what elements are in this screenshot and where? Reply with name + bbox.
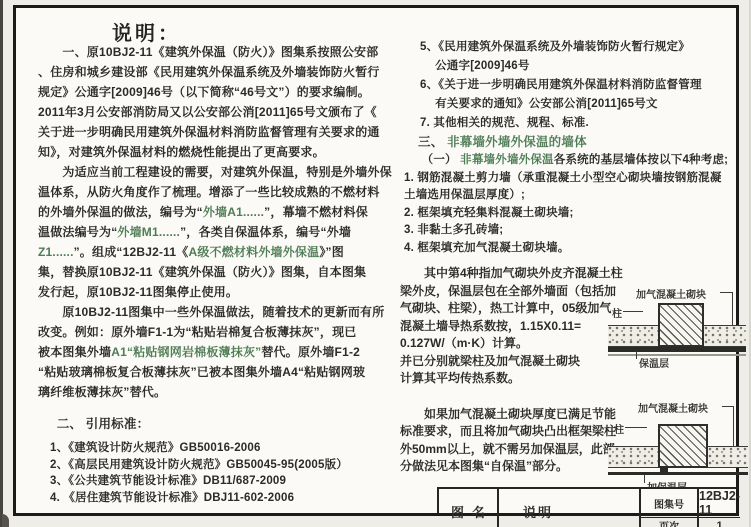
page-frame: 说明： 一、原10BJ2-11《建筑外保温（防火）》图集系按照公安部、住房和城乡… xyxy=(13,5,739,516)
leader-line xyxy=(636,351,637,359)
paragraph-replacements: 原10BJ2-11图集中一些外保温做法，随着技术的更新而有所改变。例如：原外墙F… xyxy=(38,302,390,402)
text-line: 4. 框架填充加气混凝土砌块墙。 xyxy=(404,240,746,258)
text-segment: 6、《关于进一步明确民用建筑外保温材料消防监督管理 xyxy=(420,79,702,91)
hatched-column xyxy=(658,303,704,347)
references-list-continued: 5、《民用建筑外保温系统及外墙装饰防火暂行规定》 公通字[2009]46号6、《… xyxy=(400,38,746,133)
wall-types-list: （一） 非幕墙外墙外保温各系统的基层墙体按以下4种考虑;1. 钢筋混凝土剪力墙（… xyxy=(400,152,746,257)
text-line: 混凝土墙导热系数按，1.15X0.11= xyxy=(400,318,628,336)
leader-line xyxy=(644,475,645,483)
text-segment: 混凝土墙导热系数按，1.15X0.11= xyxy=(400,319,581,333)
text-line: 2. 框架填充轻集料混凝土砌块墙; xyxy=(404,205,746,223)
text-line: 公通字[2009]46号 xyxy=(420,57,746,76)
text-segment: 并已分别就梁柱及加气混凝土砌块 xyxy=(400,354,580,368)
text-line: 温做法编号为“外墙M1......”，各类自保温体系，编号“外墙 xyxy=(38,222,390,242)
text-line: 璃纤维板薄抹灰”替代。 xyxy=(38,382,390,402)
page-curl-artifact xyxy=(2,514,9,527)
text-line: 、住房和城乡建设部《民用建筑外保温系统及外墙装饰防火暂行 xyxy=(38,62,390,82)
text-line: 标准要求，而且将加气砌块凸出框架梁柱 xyxy=(400,423,632,441)
text-line: 0.127W/（m·K）计算。 xyxy=(400,335,628,353)
atlas-number-value: 12BJ2-11 xyxy=(697,489,740,518)
text-line: 2、《高层民用建筑设计防火规范》GB50045-95(2005版） xyxy=(50,457,390,474)
text-line: 二、 引用标准： xyxy=(44,414,390,434)
left-column: 一、原10BJ2-11《建筑外保温（防火）》图集系按照公安部、住房和城乡建设部《… xyxy=(38,42,390,506)
page-number-value: 1 xyxy=(697,518,740,527)
text-segment: 计算其平均传热系数。 xyxy=(400,371,520,385)
text-line: 1、《建筑设计防火规范》GB50016-2006 xyxy=(50,440,390,457)
text-segment: 公通字[2009]46号 xyxy=(420,60,530,72)
text-line: 知》，对建筑外保温材料的燃烧性能提出了更高要求。 xyxy=(38,142,390,162)
text-segment: 0.127W/（m·K）计算。 xyxy=(400,336,528,350)
text-segment: 改变。例如：原外墙F1-1为“粘贴岩棉复合板薄抹灰”，现已 xyxy=(38,325,356,339)
highlighted-text: 非幕墙外墙外保温的墙体 xyxy=(447,135,587,149)
paragraph-self-insulation: 如果加气混凝土砌块厚度已满足节能标准要求，而且将加气砌块凸出框架梁柱外50mm以… xyxy=(400,406,632,476)
text-line: 分做法见本图集“自保温”部分。 xyxy=(400,458,632,476)
text-line: Z1......”。组成“12BJ2-11《A级不燃材料外墙外保温》”图 xyxy=(38,242,390,262)
text-segment: 2011年3月公安部消防局又以公安部公消[2011]65号文颁布了《 xyxy=(38,105,377,119)
text-line: 气砌块、柱梁），热工计算中，05级加气 xyxy=(400,300,628,318)
text-line: 外50mm以上，就不需另加保温层，此部 xyxy=(400,441,632,459)
text-segment: 三、 xyxy=(418,135,447,149)
text-line: 2011年3月公安部消防局又以公安部公消[2011]65号文颁布了《 xyxy=(38,102,390,122)
text-line: 原10BJ2-11图集中一些外保温做法，随着技术的更新而有所 xyxy=(38,302,390,322)
section-heading-walls: 三、 非幕墙外墙外保温的墙体 xyxy=(400,133,746,152)
text-line: 为适应当前工程建设的需要，对建筑外保温，特别是外墙外保 xyxy=(38,162,390,182)
highlighted-text: 外墙M1...... xyxy=(117,225,180,239)
page-number-label: 页次 xyxy=(639,518,697,527)
text-segment: （一） xyxy=(404,154,460,166)
text-segment: ”，幕墙不燃材料保 xyxy=(264,205,368,219)
leader-line xyxy=(623,311,643,312)
diagram-label-aerated-block: 加气混凝土砌块 xyxy=(638,400,708,415)
leader-line xyxy=(732,292,733,328)
hatched-column xyxy=(658,424,708,468)
text-line: 如果加气混凝土砌块厚度已满足节能 xyxy=(400,406,632,424)
text-segment: 外50mm以上，就不需另加保温层，此部 xyxy=(400,442,615,456)
paragraph-intro: 一、原10BJ2-11《建筑外保温（防火）》图集系按照公安部、住房和城乡建设部《… xyxy=(38,42,390,162)
highlighted-text: A1“粘贴钢网岩棉板薄抹灰” xyxy=(111,345,261,359)
text-segment: 4. 《居住建筑节能设计标准》DBJ11-602-2006 xyxy=(50,492,294,504)
scan-edge-artifact xyxy=(0,0,3,527)
text-segment: 各系统的基层墙体按以下4种考虑; xyxy=(554,154,728,166)
drawing-name-label: 图名 xyxy=(439,489,497,527)
text-segment: 1、《建筑设计防火规范》GB50016-2006 xyxy=(50,442,261,454)
text-line: “粘贴玻璃棉板复合板薄抹灰”已被本图集外墙A4“粘贴钢网玻 xyxy=(38,362,390,382)
text-line: 7. 其他相关的规范、规程、标准. xyxy=(420,114,746,133)
text-line: 3. 非黏土多孔砖墙; xyxy=(404,222,746,240)
text-segment: 3、《公共建筑节能设计标准》DB11/687-2009 xyxy=(50,475,286,487)
leader-line xyxy=(733,406,734,446)
text-line: 一、原10BJ2-11《建筑外保温（防火）》图集系按照公安部 xyxy=(38,42,390,62)
text-line: 6、《关于进一步明确民用建筑外保温材料消防监督管理 xyxy=(420,76,746,95)
text-segment: 一、原10BJ2-11《建筑外保温（防火）》图集系按照公安部 xyxy=(38,45,378,59)
text-line: 集，替换原10BJ2-11《建筑外保温（防火）》图集，自本图集 xyxy=(38,262,390,282)
highlighted-text: 外墙A1...... xyxy=(203,205,264,219)
text-segment: 4. 框架填充加气混凝土砌块墙。 xyxy=(404,242,569,254)
text-segment: 2、《高层民用建筑设计防火规范》GB50045-95(2005版） xyxy=(50,459,348,471)
added-insulation-strip xyxy=(608,472,748,475)
text-segment: “粘贴玻璃棉板复合板薄抹灰”已被本图集外墙A4“粘贴钢网玻 xyxy=(38,365,365,379)
text-segment: 为适应当前工程建设的需要，对建筑外保温，特别是外墙外保 xyxy=(38,165,392,179)
text-line: 改变。例如：原外墙F1-1为“粘贴岩棉复合板薄抹灰”，现已 xyxy=(38,322,390,342)
text-segment: 发行起，原10BJ2-11图集停止使用。 xyxy=(38,285,238,299)
text-segment: 标准要求，而且将加气砌块凸出框架梁柱 xyxy=(400,424,616,438)
text-segment: 1. 钢筋混凝土剪力墙（承重混凝土小型空心砌块墙按钢筋混凝 xyxy=(404,172,722,184)
text-segment: 气砌块、柱梁），热工计算中，05级加气 xyxy=(400,301,611,315)
highlighted-text: Z1...... xyxy=(38,245,74,259)
text-line: 其中第4种指加气砌块外皮齐混凝土柱 xyxy=(400,265,628,283)
insulation-strip xyxy=(608,347,746,352)
text-line: 的外墙外保温的做法，编号为“外墙A1......”，幕墙不燃材料保 xyxy=(38,202,390,222)
paragraph-thermal-calc: 其中第4种指加气砌块外皮齐混凝土柱梁外皮，保温层包在全部外墙面（包括加气砌块、柱… xyxy=(400,265,628,388)
text-segment: 的外墙外保温的做法，编号为“ xyxy=(38,205,203,219)
text-line: （一） 非幕墙外墙外保温各系统的基层墙体按以下4种考虑; xyxy=(404,152,746,170)
masonry-block-right xyxy=(704,325,746,347)
section-heading-references: 二、 引用标准： xyxy=(38,414,390,434)
text-line: 4. 《居住建筑节能设计标准》DBJ11-602-2006 xyxy=(50,490,390,507)
highlighted-text: 非幕墙外墙外保温 xyxy=(460,154,554,166)
text-line: 梁外皮，保温层包在全部外墙面（包括加 xyxy=(400,283,628,301)
text-segment: 二、 引用标准： xyxy=(44,417,149,431)
text-segment: ”。组成“12BJ2-11《 xyxy=(74,245,189,259)
text-segment: 集，替换原10BJ2-11《建筑外保温（防火）》图集，自本图集 xyxy=(38,265,366,279)
text-segment: 3. 非黏土多孔砖墙; xyxy=(404,224,503,236)
atlas-number-label: 图集号 xyxy=(639,489,697,518)
text-segment: 原10BJ2-11图集中一些外保温做法，随着技术的更新而有所 xyxy=(38,305,384,319)
text-line: 1. 钢筋混凝土剪力墙（承重混凝土小型空心砌块墙按钢筋混凝 xyxy=(404,170,746,188)
masonry-block-right xyxy=(708,446,748,468)
text-segment: 温体系，从防火角度作了梳理。增添了一些比较成熟的不燃材料 xyxy=(38,185,380,199)
text-segment: 2. 框架填充轻集料混凝土砌块墙; xyxy=(404,207,574,219)
text-segment: 知》，对建筑外保温材料的燃烧性能提出了更高要求。 xyxy=(38,145,325,159)
base-line xyxy=(608,354,746,356)
text-segment: 土墙选用保温层厚度）; xyxy=(404,189,525,201)
text-segment: 》”图 xyxy=(319,245,344,259)
text-line: 土墙选用保温层厚度）; xyxy=(404,187,746,205)
references-list: 1、《建筑设计防火规范》GB50016-20062、《高层民用建筑设计防火规范》… xyxy=(38,440,390,506)
text-segment: 关于进一步明确民用建筑外保温材料消防监督管理有关要求的通 xyxy=(38,125,380,139)
masonry-block-left xyxy=(608,325,658,347)
title-block: 图名 说明 图集号 12BJ2-11 页次 1 xyxy=(437,487,736,513)
drawing-name-value: 说明 xyxy=(497,489,639,527)
text-line: 有关要求的通知》公安部公消[2011]65号文 xyxy=(420,95,746,114)
text-segment: 分做法见本图集“自保温”部分。 xyxy=(400,459,568,473)
text-line: 发行起，原10BJ2-11图集停止使用。 xyxy=(38,282,390,302)
text-segment: ”，各类自保温体系，编号“外墙 xyxy=(180,225,351,239)
diagram-label-insulation: 保温层 xyxy=(639,355,669,370)
text-segment: 如果加气混凝土砌块厚度已满足节能 xyxy=(400,407,616,421)
text-line: 被本图集外墙A1“粘贴钢网岩棉板薄抹灰”替代。原外墙F1-2 xyxy=(38,342,390,362)
text-segment: 规定》公通字[2009]46号（以下简称“46号文”）的要求编制。 xyxy=(38,85,370,99)
text-line: 规定》公通字[2009]46号（以下简称“46号文”）的要求编制。 xyxy=(38,82,390,102)
text-segment: 、住房和城乡建设部《民用建筑外保温系统及外墙装饰防火暂行 xyxy=(38,65,380,79)
text-segment: 被本图集外墙 xyxy=(38,345,111,359)
diagram-flush-column: 加气混凝土砌块 柱 保温层 xyxy=(608,288,746,368)
text-segment: 7. 其他相关的规范、规程、标准. xyxy=(420,117,589,129)
paragraph-revision: 为适应当前工程建设的需要，对建筑外保温，特别是外墙外保温体系，从防火角度作了梳理… xyxy=(38,162,390,302)
text-segment: 温做法编号为“ xyxy=(38,225,117,239)
diagram-label-column: 柱 xyxy=(612,305,622,320)
text-line: 关于进一步明确民用建筑外保温材料消防监督管理有关要求的通 xyxy=(38,122,390,142)
diagram-protruding-column: 加气混凝土砌块 柱 加保温层 xyxy=(608,400,748,496)
leader-line xyxy=(625,427,647,428)
text-line: 温体系，从防火角度作了梳理。增添了一些比较成熟的不燃材料 xyxy=(38,182,390,202)
diagram-label-aerated-block: 加气混凝土砌块 xyxy=(636,286,706,301)
highlighted-text: A级不燃材料外墙外保温 xyxy=(188,245,319,259)
diagram-label-column: 柱 xyxy=(614,421,624,436)
text-segment: 替代。原外墙F1-2 xyxy=(261,345,360,359)
masonry-block-left xyxy=(608,446,658,468)
text-line: 三、 非幕墙外墙外保温的墙体 xyxy=(418,133,746,152)
text-line: 并已分别就梁柱及加气混凝土砌块 xyxy=(400,353,628,371)
text-line: 5、《民用建筑外保温系统及外墙装饰防火暂行规定》 xyxy=(420,38,746,57)
text-segment: 梁外皮，保温层包在全部外墙面（包括加 xyxy=(400,284,616,298)
text-segment: 5、《民用建筑外保温系统及外墙装饰防火暂行规定》 xyxy=(420,41,690,53)
text-segment: 有关要求的通知》公安部公消[2011]65号文 xyxy=(420,98,658,110)
text-line: 计算其平均传热系数。 xyxy=(400,370,628,388)
text-segment: 其中第4种指加气砌块外皮齐混凝土柱 xyxy=(400,266,623,280)
text-line: 3、《公共建筑节能设计标准》DB11/687-2009 xyxy=(50,473,390,490)
text-segment: 璃纤维板薄抹灰”替代。 xyxy=(38,385,166,399)
